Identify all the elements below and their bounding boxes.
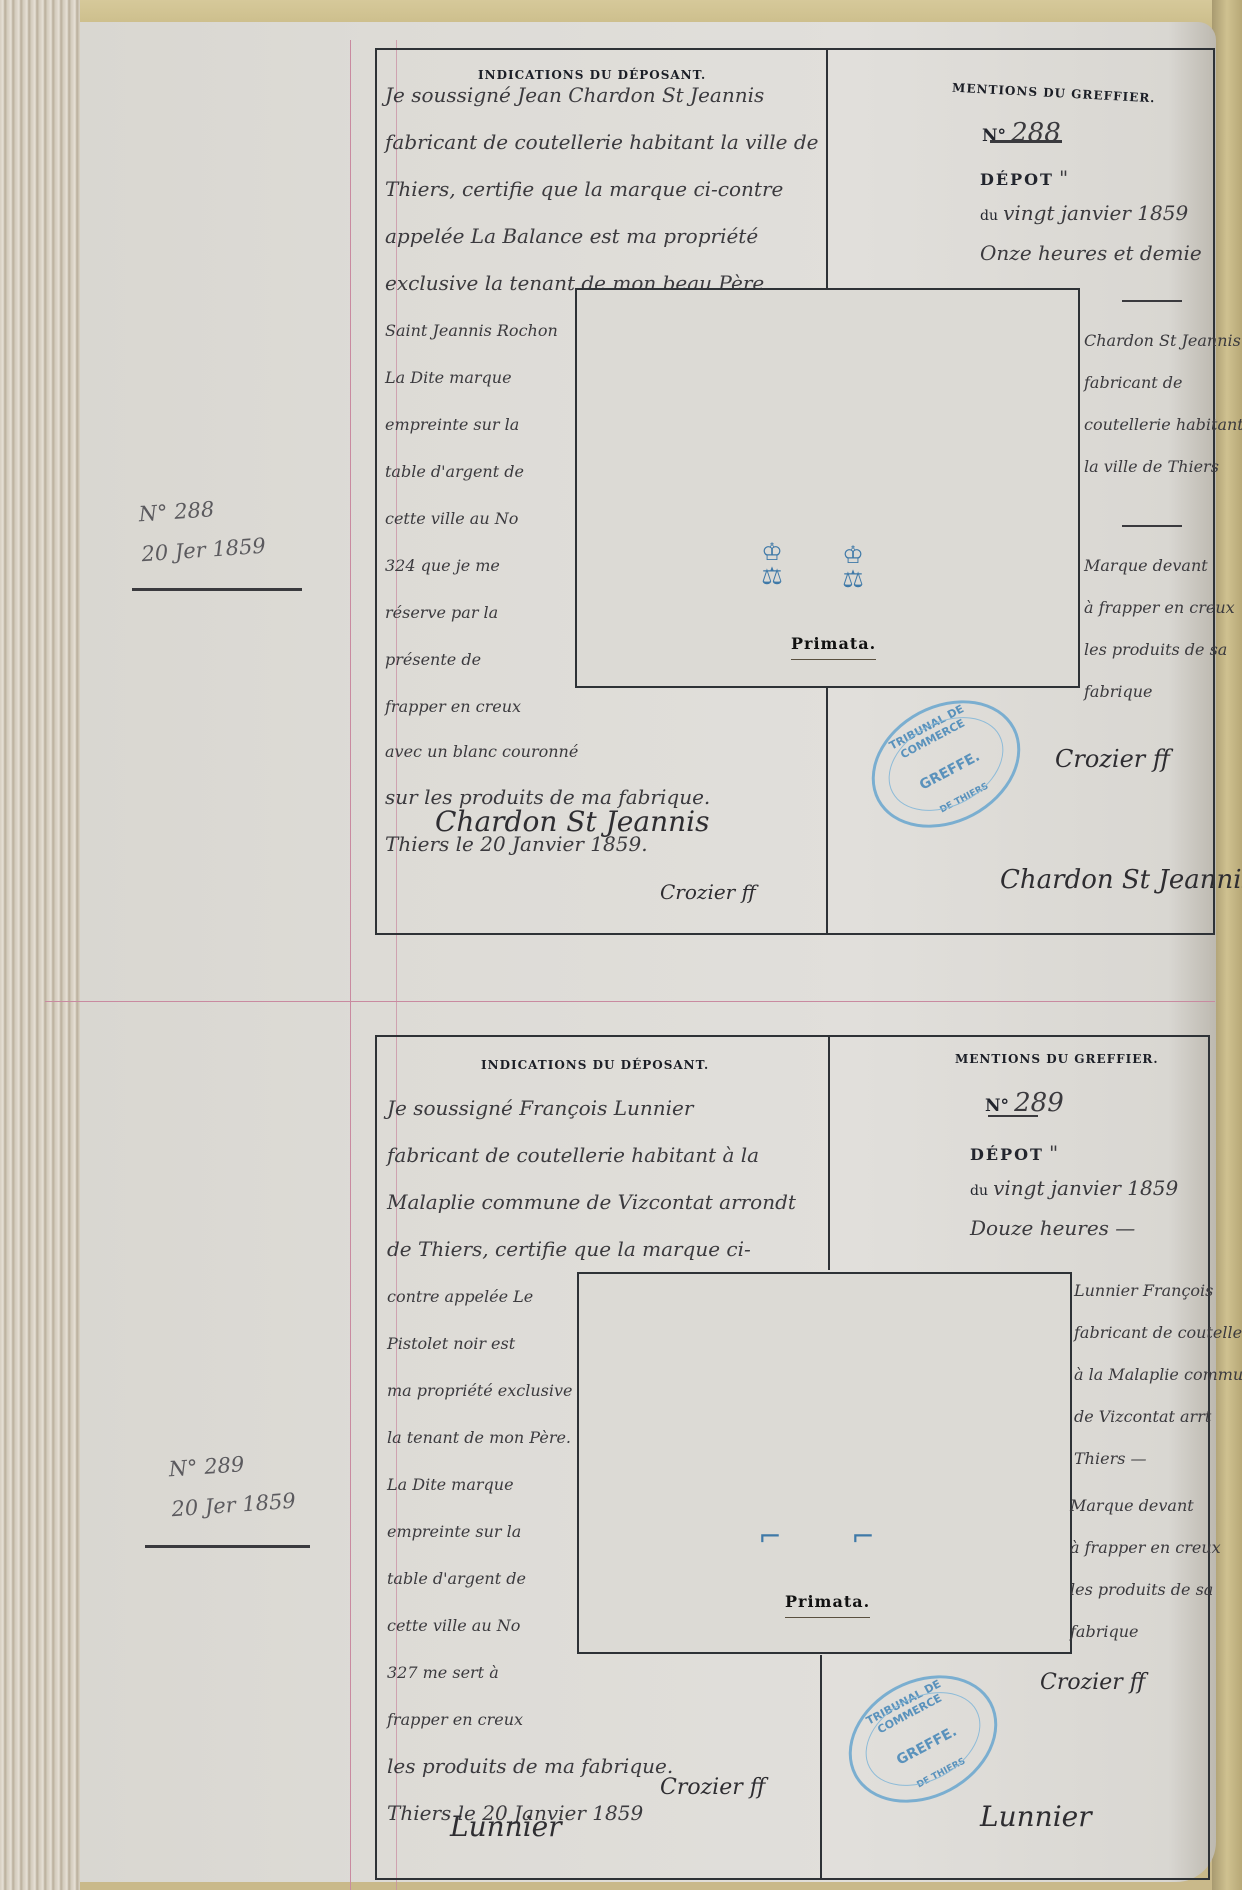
mark-impression-box-1 — [575, 288, 1080, 688]
text-line: fabricant de coutellerie — [1074, 1312, 1242, 1354]
text-line: fabrique — [1084, 671, 1235, 713]
separator-dash — [1122, 525, 1182, 527]
entry-number-value: 289 — [1014, 1088, 1064, 1118]
text-line: les produits de sa — [1084, 629, 1235, 671]
text-line: fabricant de coutellerie habitant la vil… — [385, 119, 825, 166]
text-line: frapper en creux — [385, 683, 825, 730]
entry-separator-rule — [45, 1001, 1215, 1002]
pistol-icon: ⌐ — [848, 1525, 878, 1549]
number-prefix: N° — [985, 1096, 1009, 1116]
text-line: Je soussigné François Lunnier — [387, 1085, 827, 1132]
text-line: fabrique — [1070, 1611, 1221, 1653]
text-line: Malaplie commune de Vizcontat arrondt — [387, 1179, 827, 1226]
deposant-signature: Lunnier — [450, 1810, 562, 1843]
text-line: à frapper en creux — [1070, 1527, 1221, 1569]
text-line: Marque devant — [1084, 545, 1235, 587]
greffier-text-2: Lunnier François fabricant de coutelleri… — [1074, 1270, 1242, 1480]
greffier-signature: Crozier ff — [1055, 745, 1170, 773]
entry-number-value: 288 — [1011, 118, 1061, 148]
depot-ditto: " — [1049, 1141, 1058, 1165]
greffier-mark-text-1: Marque devant à frapper en creux les pro… — [1084, 545, 1235, 713]
text-line: Lunnier François — [1074, 1270, 1242, 1312]
text-line: coutellerie habitant — [1084, 404, 1242, 446]
text-line: à la Malaplie commune — [1074, 1354, 1242, 1396]
entry-number-2: N° 289 — [985, 1080, 1064, 1127]
deposant-header: INDICATIONS DU DÉPOSANT. — [481, 1058, 709, 1072]
du-label: du — [980, 208, 998, 224]
mark-caption: Primata. — [785, 1592, 870, 1618]
margin-rule-left — [350, 40, 351, 1890]
entry-number-1: N° 288 — [982, 110, 1061, 157]
margin-note-entry-1: N° 288 20 Jer 1859 — [137, 486, 267, 574]
text-line: Thiers — — [1074, 1438, 1242, 1480]
margin-note-entry-2: N° 289 20 Jer 1859 — [167, 1441, 297, 1529]
text-line: de Vizcontat arrt — [1074, 1396, 1242, 1438]
text-line: Chardon St Jeannis — [1084, 320, 1242, 362]
deposant-countersignature: Chardon St Jeannis — [1000, 865, 1242, 895]
margin-underline — [145, 1545, 310, 1548]
text-line: la ville de Thiers — [1084, 446, 1242, 488]
page-stack-edges — [0, 0, 80, 1890]
depot-label: DÉPOT — [970, 1145, 1044, 1164]
text-line: à frapper en creux — [1084, 587, 1235, 629]
text-line: avec un blanc couronné — [385, 730, 825, 774]
number-underline — [988, 1115, 1038, 1117]
text-line: de Thiers, certifie que la marque ci- — [387, 1226, 827, 1273]
greffier-header: MENTIONS DU GREFFIER. — [955, 1052, 1159, 1066]
text-line: Je soussigné Jean Chardon St Jeannis — [385, 72, 825, 119]
deposant-countersignature: Lunnier — [980, 1800, 1092, 1833]
text-line: fabricant de coutellerie habitant à la — [387, 1132, 827, 1179]
pistol-icon: ⌐ — [755, 1525, 785, 1549]
depot-date: vingt janvier 1859 — [1003, 201, 1188, 225]
mark-caption: Primata. — [791, 634, 876, 660]
depot-ditto: " — [1059, 166, 1068, 190]
depot-time: Onze heures et demie — [980, 230, 1202, 277]
deposant-signature: Chardon St Jeannis — [435, 805, 709, 838]
text-line: frapper en creux — [387, 1696, 827, 1743]
depot-time: Douze heures — — [970, 1205, 1135, 1252]
text-line: Thiers, certifie que la marque ci-contre — [385, 166, 825, 213]
text-line: fabricant de — [1084, 362, 1242, 404]
text-line: Marque devant — [1070, 1485, 1221, 1527]
column-divider-top — [826, 48, 828, 288]
text-line: les produits de sa — [1070, 1569, 1221, 1611]
separator-dash — [1122, 300, 1182, 302]
greffier-signature-left: Crozier ff — [660, 1775, 765, 1800]
crown-scales-icon: ♔⚖ — [757, 540, 787, 588]
depot-label: DÉPOT — [980, 170, 1054, 189]
greffier-text-1: Chardon St Jeannis fabricant de coutelle… — [1084, 320, 1242, 488]
du-label: du — [970, 1183, 988, 1199]
depot-date: vingt janvier 1859 — [993, 1176, 1178, 1200]
text-line: appelée La Balance est ma propriété — [385, 213, 825, 260]
number-underline — [990, 140, 1062, 143]
column-divider-top — [828, 1035, 830, 1270]
crown-scales-icon: ♔⚖ — [838, 543, 868, 591]
greffier-signature-left: Crozier ff — [660, 880, 756, 904]
greffier-mark-text-2: Marque devant à frapper en creux les pro… — [1070, 1485, 1221, 1653]
margin-underline — [132, 588, 302, 591]
number-prefix: N° — [982, 126, 1006, 146]
text-line: 327 me sert à — [387, 1649, 827, 1696]
column-divider-bottom — [826, 688, 828, 935]
greffier-signature: Crozier ff — [1040, 1670, 1145, 1695]
